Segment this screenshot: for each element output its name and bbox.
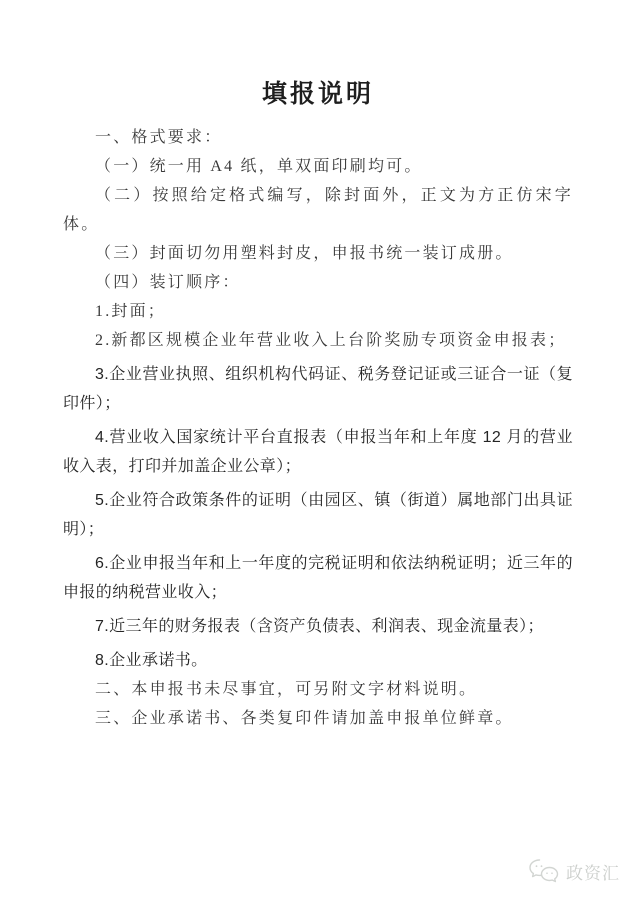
paragraph-item-3: （三）封面切勿用塑料封皮，申报书统一装订成册。 xyxy=(63,239,573,268)
paragraph-order-5-policy-proof: 5.企业符合政策条件的证明（由园区、镇（街道）属地部门出具证明）； xyxy=(63,486,573,544)
paragraph-order-8-commitment-letter: 8.企业承诺书。 xyxy=(63,646,573,675)
paragraph-order-1-cover: 1.封面； xyxy=(63,297,573,326)
paragraph-section-3: 三、企业承诺书、各类复印件请加盖申报单位鲜章。 xyxy=(63,704,573,733)
document-page: 填报说明 一、格式要求： （一）统一用 A4 纸，单双面印刷均可。 （二）按照给… xyxy=(0,0,636,900)
paragraph-order-6-tax-proof: 6.企业申报当年和上一年度的完税证明和依法纳税证明；近三年的申报的纳税营业收入； xyxy=(63,549,573,607)
paragraph-order-7-financial-statements: 7.近三年的财务报表（含资产负债表、利润表、现金流量表）； xyxy=(63,612,573,641)
paragraph-section-2: 二、本申报书未尽事宜，可另附文字材料说明。 xyxy=(63,675,573,704)
document-content: 填报说明 一、格式要求： （一）统一用 A4 纸，单双面印刷均可。 （二）按照给… xyxy=(63,74,573,733)
paragraph-item-2: （二）按照给定格式编写，除封面外，正文为方正仿宋字体。 xyxy=(63,181,573,239)
paragraph-item-1: （一）统一用 A4 纸，单双面印刷均可。 xyxy=(63,152,573,181)
paragraph-order-3-licenses: 3.企业营业执照、组织机构代码证、税务登记证或三证合一证（复印件）； xyxy=(63,360,573,418)
chat-bubbles-icon xyxy=(527,858,561,884)
paragraph-order-4-revenue-report: 4.营业收入国家统计平台直报表（申报当年和上年度 12 月的营业收入表，打印并加… xyxy=(63,423,573,481)
paragraph-item-4-binding-order: （四）装订顺序： xyxy=(63,268,573,297)
watermark: 政资汇 xyxy=(527,858,620,884)
page-title: 填报说明 xyxy=(63,74,573,110)
watermark-label: 政资汇 xyxy=(566,859,620,884)
paragraph-order-2-application-form: 2.新都区规模企业年营业收入上台阶奖励专项资金申报表； xyxy=(63,326,573,355)
paragraph-format-requirements: 一、格式要求： xyxy=(63,123,573,152)
